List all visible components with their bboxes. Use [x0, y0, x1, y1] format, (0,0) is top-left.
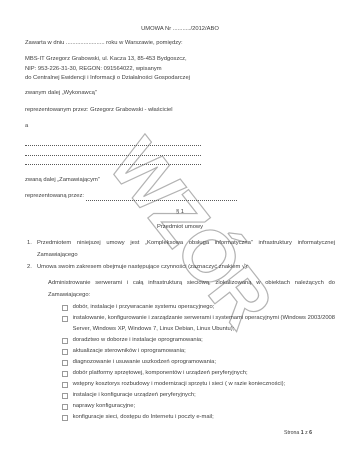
- client-alias: zwaną dalej „Zamawiającym”: [25, 177, 100, 183]
- checkbox-icon: [62, 404, 68, 410]
- checklist-item: instalacje i konfiguracje urządzeń peryf…: [62, 390, 335, 401]
- client-representative-line: reprezentowaną przez:: [25, 193, 237, 201]
- blank-fill-line: [25, 156, 201, 165]
- checkbox-icon: [62, 338, 68, 344]
- checklist-item-text: wstępny kosztorys rozbudowy i modernizac…: [73, 379, 335, 390]
- item-number: 2.: [27, 261, 37, 273]
- section-number: § 1: [0, 209, 360, 215]
- document-page: WZÓR UMOWA Nr .........../2012/ABO Zawar…: [0, 0, 360, 466]
- checklist-item: doradztwo w doborze i instalacje oprogra…: [62, 335, 335, 346]
- blank-fill-line: [25, 137, 201, 146]
- numbered-item: 2. Umowa swoim zakresem obejmuje następu…: [27, 261, 335, 273]
- checklist-item: instalowanie, konfigurowanie i zarządzan…: [62, 313, 335, 335]
- checklist-item-text: doradztwo w doborze i instalacje oprogra…: [73, 335, 335, 346]
- checkbox-icon: [62, 349, 68, 355]
- checklist-item-text: instalacje i konfiguracje urządzeń peryf…: [73, 390, 335, 401]
- checklist-item: naprawy konfiguracyjne;: [62, 401, 335, 412]
- page-total: 6: [309, 430, 312, 436]
- checkbox-icon: [62, 393, 68, 399]
- footer-prefix: Strona: [284, 430, 301, 436]
- contractor-line: do Centralnej Ewidencji i Informacji o D…: [25, 74, 190, 84]
- contractor-block: MBS-IT Grzegorz Grabowski, ul. Kacza 13,…: [25, 55, 190, 84]
- checklist-item: dobór, instalacje i przywracanie systemu…: [62, 302, 335, 313]
- checklist-item: konfiguracje sieci, dostępu do Internetu…: [62, 412, 335, 423]
- service-checklist: dobór, instalacje i przywracanie systemu…: [62, 302, 335, 423]
- checklist-item-text: dobór platformy sprzętowej, komponentów …: [73, 368, 335, 379]
- section-title: Przedmiot umowy: [0, 224, 360, 230]
- item-text: Umowa swoim zakresem obejmuje następując…: [37, 261, 335, 273]
- item-number: 1.: [27, 237, 37, 261]
- contractor-line: NIP: 953-226-31-30, REGON: 091564022, wp…: [25, 65, 190, 75]
- checkbox-icon: [62, 360, 68, 366]
- client-blank-lines: [25, 137, 201, 165]
- contractor-alias: zwanym dalej „Wykonawcą”: [25, 90, 97, 96]
- checkbox-icon: [62, 371, 68, 377]
- checkbox-icon: [62, 382, 68, 388]
- page-footer: Strona 1 z 6: [284, 430, 312, 436]
- checklist-item: dobór platformy sprzętowej, komponentów …: [62, 368, 335, 379]
- intro-line: Zawarta w dniu ........................ …: [25, 40, 183, 46]
- document-title: UMOWA Nr .........../2012/ABO: [0, 26, 360, 32]
- checkbox-icon: [62, 415, 68, 421]
- checklist-item-text: diagnozowanie i usuwanie uszkodzeń oprog…: [73, 357, 335, 368]
- signature-leader: [86, 193, 237, 201]
- checkbox-icon: [62, 305, 68, 311]
- blank-fill-line: [25, 146, 201, 155]
- checklist-item-text: dobór, instalacje i przywracanie systemu…: [73, 302, 335, 313]
- checklist-item: wstępny kosztorys rozbudowy i modernizac…: [62, 379, 335, 390]
- numbered-item: 1. Przedmiotem niniejszej umowy jest „Ko…: [27, 237, 335, 261]
- admin-paragraph: Administrowanie serwerami i całą infrast…: [48, 277, 335, 301]
- checklist-item-text: naprawy konfiguracyjne;: [73, 401, 335, 412]
- checklist-item: aktualizacje sterowników i oprogramowani…: [62, 346, 335, 357]
- checkbox-icon: [62, 316, 68, 322]
- contractor-representative: reprezentowanym przez: Grzegorz Grabowsk…: [25, 107, 173, 113]
- checklist-item: diagnozowanie i usuwanie uszkodzeń oprog…: [62, 357, 335, 368]
- checklist-item-text: aktualizacje sterowników i oprogramowani…: [73, 346, 335, 357]
- item-text: Przedmiotem niniejszej umowy jest „Kompl…: [37, 237, 335, 261]
- checklist-item-text: konfiguracje sieci, dostępu do Internetu…: [73, 412, 335, 423]
- client-representative-label: reprezentowaną przez:: [25, 193, 84, 201]
- conjunction-a: a: [25, 123, 28, 129]
- contractor-line: MBS-IT Grzegorz Grabowski, ul. Kacza 13,…: [25, 55, 190, 65]
- checklist-item-text: instalowanie, konfigurowanie i zarządzan…: [73, 313, 335, 335]
